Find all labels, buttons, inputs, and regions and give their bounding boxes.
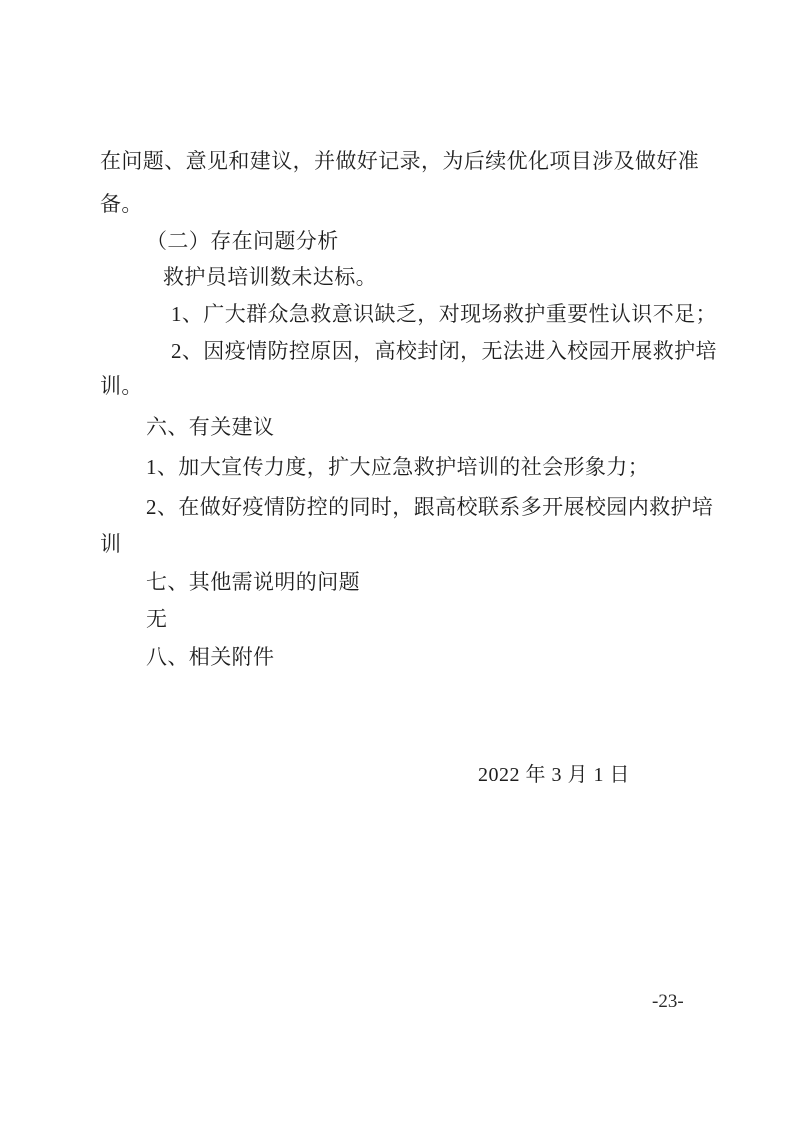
subheading-problem-analysis: （二）存在问题分析	[146, 229, 339, 253]
body-line-training-shortfall: 救护员培训数未达标。	[163, 265, 377, 289]
paragraph-continuation-line-1: 在问题、意见和建议，并做好记录，为后续优化项目涉及做好准	[100, 149, 699, 173]
page-number: -23-	[652, 991, 684, 1013]
document-date: 2022 年 3 月 1 日	[478, 764, 630, 787]
document-page: 在问题、意见和建议，并做好记录，为后续优化项目涉及做好准 备。 （二）存在问题分…	[0, 0, 793, 1122]
paragraph-continuation-line-2: 备。	[100, 192, 143, 216]
numbered-item-2-pandemic-line-1: 2、因疫情防控原因，高校封闭，无法进入校园开展救护培	[171, 339, 717, 363]
suggestion-item-1-publicity: 1、加大宣传力度，扩大应急救护培训的社会形象力；	[146, 455, 649, 479]
section-heading-seven-other-issues: 七、其他需说明的问题	[146, 570, 360, 594]
section-heading-six-suggestions: 六、有关建议	[146, 415, 274, 439]
body-line-none: 无	[146, 607, 167, 631]
section-heading-eight-attachments: 八、相关附件	[146, 645, 274, 669]
suggestion-item-2-campus-line-2: 训	[100, 532, 121, 556]
numbered-item-1-awareness: 1、广大群众急救意识缺乏，对现场救护重要性认识不足；	[171, 302, 717, 326]
suggestion-item-2-campus-line-1: 2、在做好疫情防控的同时，跟高校联系多开展校园内救护培	[146, 495, 713, 519]
numbered-item-2-pandemic-line-2: 训。	[100, 374, 143, 398]
